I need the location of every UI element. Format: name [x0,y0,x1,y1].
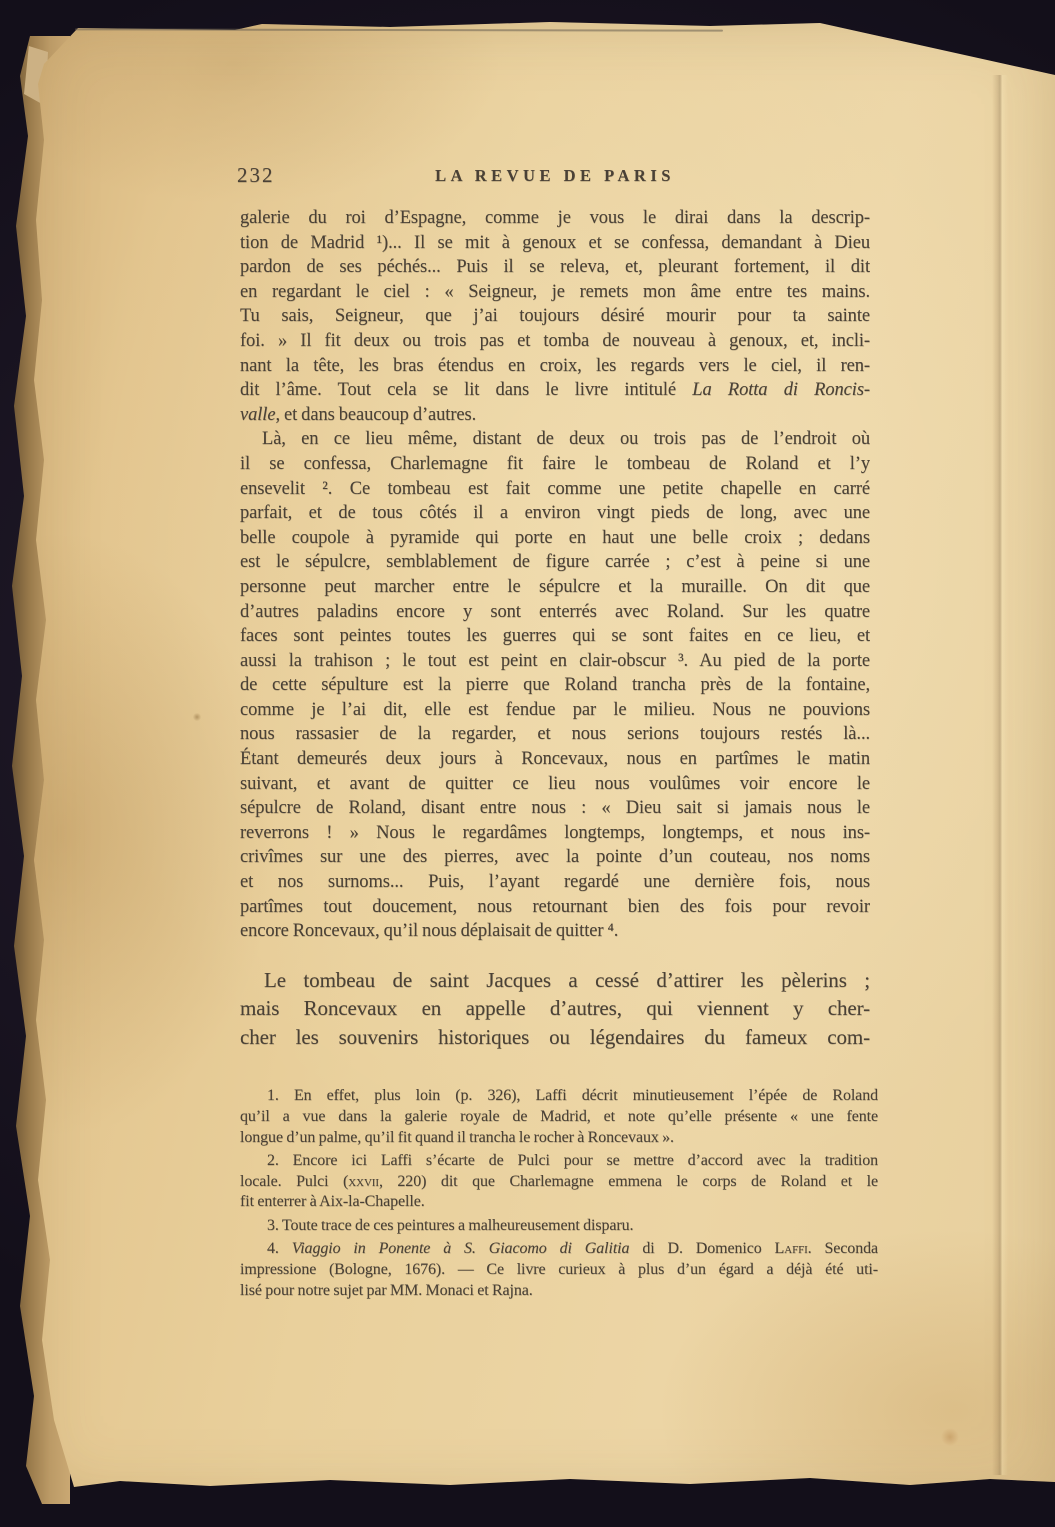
text-line: en regardant le ciel : « Seigneur, je re… [240,280,870,305]
text-line: personne peut marcher entre le sépulcre … [240,575,870,600]
paragraph: Là, en ce lieu même, distant de deux ou … [240,427,870,943]
text-line: encore Roncevaux, qu’il nous déplaisait … [240,919,870,944]
text-line: dit l’âme. Tout cela se lit dans le livr… [240,378,870,403]
text-line: galerie du roi d’Espagne, comme je vous … [240,206,870,231]
text-line: ensevelit ². Ce tombeau est fait comme u… [240,477,870,502]
text-line: 1. En effet, plus loin (p. 326), Laffi d… [240,1086,878,1107]
text-line: suivant, et avant de quitter ce lieu nou… [240,772,870,797]
footnote: 2. Encore ici Laffi s’écarte de Pulci po… [240,1151,878,1213]
text-line: d’autres paladins encore y sont enterrés… [240,600,870,625]
text-line: pardon de ses péchés... Puis il se relev… [240,255,870,280]
footnote: 1. En effet, plus loin (p. 326), Laffi d… [240,1086,878,1148]
text-line: nant la tête, les bras étendus en croix,… [240,354,870,379]
body-text: galerie du roi d’Espagne, comme je vous … [240,206,870,1304]
text-line: tion de Madrid ¹)... Il se mit à genoux … [240,231,870,256]
paragraph: galerie du roi d’Espagne, comme je vous … [240,206,870,427]
text-line: longue d’un palme, qu’il fit quand il tr… [240,1128,878,1149]
text-line: foi. » Il fit deux ou trois pas et tomba… [240,329,870,354]
text-line: partîmes tout doucement, nous retournant… [240,895,870,920]
text-line: nous rassasier de la regarder, et nous s… [240,722,870,747]
text-line: qu’il a vue dans la galerie royale de Ma… [240,1107,878,1128]
text-line: reverrons ! » Nous le regardâmes longtem… [240,821,870,846]
text-line: est le sépulcre, semblablement de figure… [240,550,870,575]
journal-title: LA REVUE DE PARIS [240,166,870,186]
footnote: 4. Viaggio in Ponente à S. Giacomo di Ga… [240,1239,878,1301]
text-line: Là, en ce lieu même, distant de deux ou … [240,427,870,452]
text-line: locale. Pulci (xxvii, 220) dit que Charl… [240,1172,878,1193]
text-line: fit enterrer à Aix-la-Chapelle. [240,1192,878,1213]
text-line: sépulcre de Roland, disant entre nous : … [240,796,870,821]
text-line: crivîmes sur une des pierres, avec la po… [240,845,870,870]
text-line: valle, et dans beaucoup d’autres. [240,403,870,428]
text-line: Le tombeau de saint Jacques a cessé d’at… [240,966,870,995]
text-line: Étant demeurés deux jours à Roncevaux, n… [240,747,870,772]
text-line: comme je l’ai dit, elle est fendue par l… [240,698,870,723]
text-line: 4. Viaggio in Ponente à S. Giacomo di Ga… [240,1239,878,1260]
page-crease [992,75,1008,1475]
text-line: Tu sais, Seigneur, que j’ai toujours dés… [240,304,870,329]
text-line: cher les souvenirs historiques ou légend… [240,1023,870,1052]
scanned-book-page: 232 LA REVUE DE PARIS galerie du roi d’E… [0,0,1055,1527]
text-line: lisé pour notre sujet par MM. Monaci et … [240,1281,878,1302]
text-line: mais Roncevaux en appelle d’autres, qui … [240,994,870,1023]
text-line: belle coupole à pyramide qui porte en ha… [240,526,870,551]
text-line: impressione (Bologne, 1676). — Ce livre … [240,1260,878,1281]
text-line: aussi la trahison ; le tout est peint en… [240,649,870,674]
text-line: 3. Toute trace de ces peintures a malheu… [240,1216,878,1237]
text-line: parfait, et de tous côtés il a environ v… [240,501,870,526]
footnotes: 1. En effet, plus loin (p. 326), Laffi d… [240,1086,878,1301]
text-line: il se confessa, Charlemagne fit faire le… [240,452,870,477]
paragraph: Le tombeau de saint Jacques a cessé d’at… [240,966,870,1052]
text-line: et nos surnoms... Puis, l’ayant regardé … [240,870,870,895]
footnote: 3. Toute trace de ces peintures a malheu… [240,1216,878,1237]
body-paragraphs: galerie du roi d’Espagne, comme je vous … [240,206,870,1051]
text-line: de cette sépulture est la pierre que Rol… [240,673,870,698]
text-line: faces sont peintes toutes les guerres qu… [240,624,870,649]
running-header: 232 LA REVUE DE PARIS [240,163,870,191]
text-line: 2. Encore ici Laffi s’écarte de Pulci po… [240,1151,878,1172]
